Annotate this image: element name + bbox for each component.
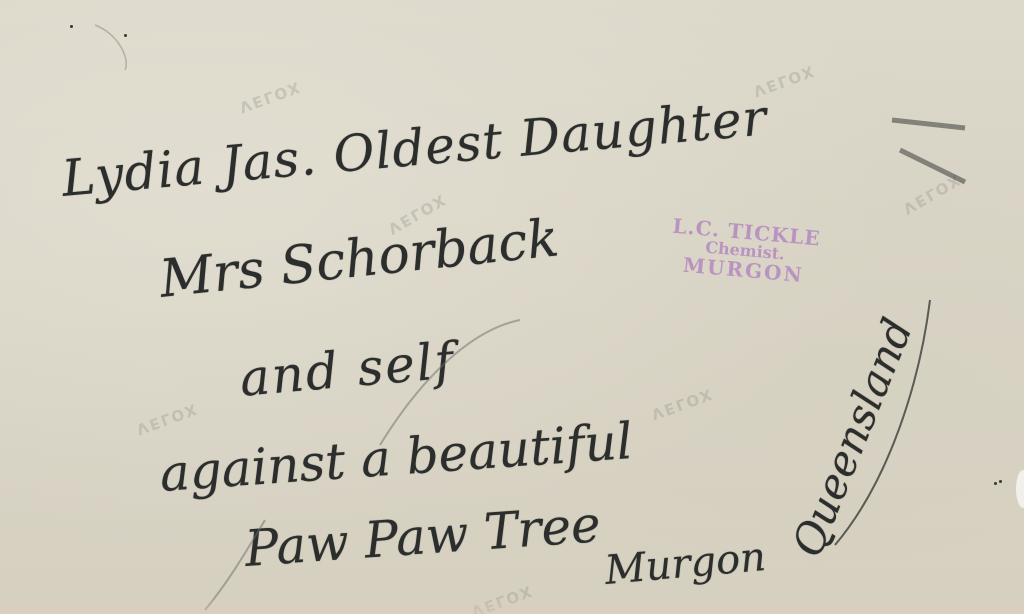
pen-flourishes [0, 0, 1024, 614]
paper-speck [70, 25, 73, 28]
paper-speck [994, 482, 997, 485]
torn-edge [1016, 470, 1024, 508]
photo-back-card: VELOX VELOX VELOX VELOX VELOX VELOX VELO… [0, 0, 1024, 614]
paper-speck [124, 34, 127, 37]
paper-speck [999, 480, 1002, 483]
paper-edge-stain [0, 596, 1024, 614]
